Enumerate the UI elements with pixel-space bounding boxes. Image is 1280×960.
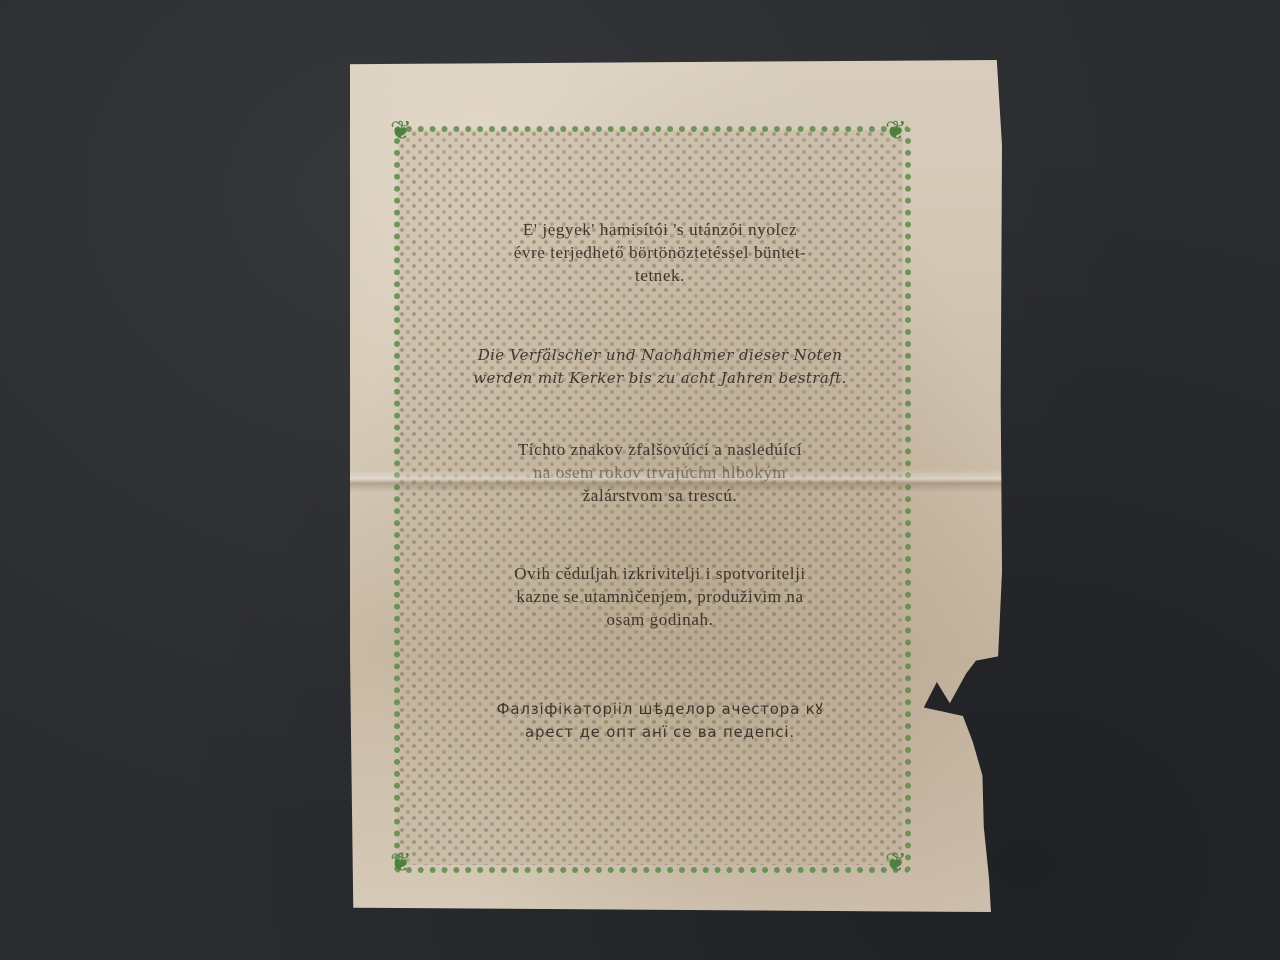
corner-ornament-top-right: ❦ (885, 118, 911, 144)
slovak-warning: Tíchto znakov zfalšovúící a nasledúící n… (440, 438, 880, 507)
text-line: Ovih cěduljah izkrivitelji i spotvoritel… (440, 562, 880, 585)
croatian-warning: Ovih cěduljah izkrivitelji i spotvoritel… (440, 562, 880, 631)
corner-ornament-top-left: ❦ (390, 118, 416, 144)
romanian-cyrillic-warning: Фалзіфікаторііл шѣделор ачестора кꙋ арес… (440, 698, 880, 744)
text-line: žalárstvom sa trescú. (440, 484, 880, 507)
german-warning: Die Verfälscher und Nachahmer dieser Not… (440, 344, 880, 390)
text-line: kazne se utamničenjem, produživim na (440, 585, 880, 608)
text-line: Tíchto znakov zfalšovúící a nasledúící (440, 438, 880, 461)
text-line: tetnek. (440, 264, 880, 287)
text-line: na osem rokov trvajúcím hlbokým (440, 461, 880, 484)
text-line: E' jegyek' hamisítói 's utánzói nyolcz (440, 218, 880, 241)
text-line: Фалзіфікаторііл шѣделор ачестора кꙋ (440, 698, 880, 721)
hungarian-warning: E' jegyek' hamisítói 's utánzói nyolcz é… (440, 218, 880, 287)
text-line: Die Verfälscher und Nachahmer dieser Not… (440, 344, 880, 367)
corner-ornament-bottom-right: ❦ (885, 850, 911, 876)
banknote: ❦ ❦ ❦ ❦ E' jegyek' hamisítói 's utánzói … (350, 60, 1002, 912)
text-line: werden mit Kerker bis zu acht Jahren bes… (440, 367, 880, 390)
corner-ornament-bottom-left: ❦ (390, 850, 416, 876)
text-line: évre terjedhető börtönöztetéssel büntet- (440, 241, 880, 264)
text-line: osam godinah. (440, 608, 880, 631)
text-line: арест де опт анї се ва педепсі. (440, 721, 880, 744)
